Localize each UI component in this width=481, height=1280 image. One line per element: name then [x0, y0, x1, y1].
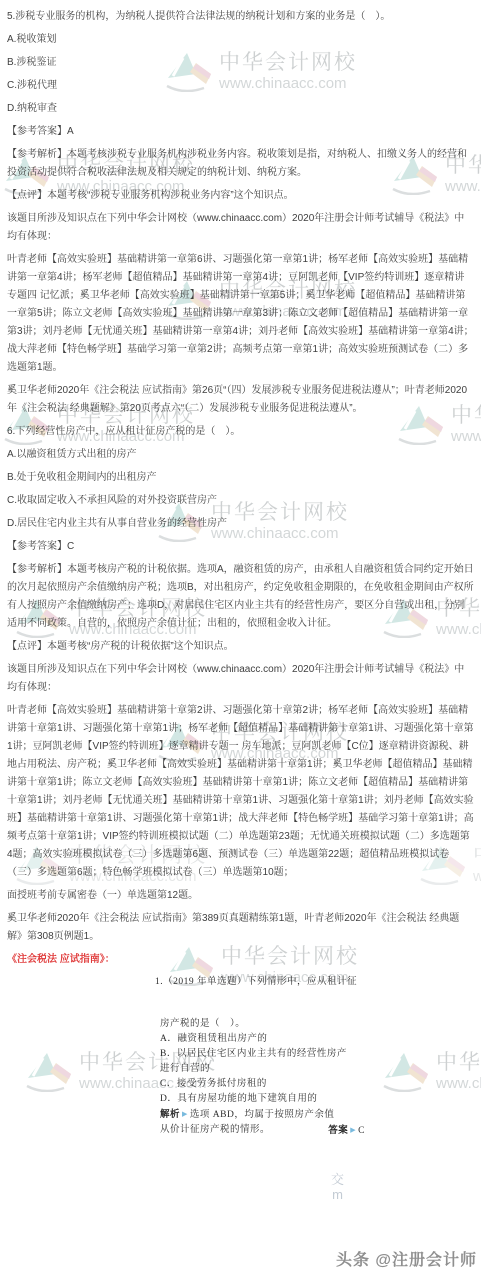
q5-analysis: 【参考解析】本题考核涉税专业服务机构涉税业务内容。税收策划是指，对纳税人、扣缴义… [7, 146, 474, 182]
q5-answer: 【参考答案】A [7, 123, 474, 141]
q6-option-d: D.居民住宅内业主共有从事自营业务的经营性房产 [7, 515, 474, 533]
scan-option-c: C．接受劳务抵付房租的 [155, 1077, 365, 1092]
q6-course-refs: 叶青老师【高效实验班】基础精讲第十章第2讲、习题强化第十章第2讲；杨军老师【高效… [7, 702, 474, 882]
scan-answer-value: C [358, 1126, 365, 1136]
scan-analysis-text: 选项 ABD，均属于按照房产余值 [190, 1110, 334, 1120]
scan-option-b-cont: 进行自营的 [155, 1062, 365, 1077]
q6-book-refs: 奚卫华老师2020年《注会税法 应试指南》第389页真题精练第1题，叶青老师20… [7, 910, 474, 946]
scan-faint-mark-bottom: m [332, 1187, 343, 1202]
article-body: 5.涉税专业服务的机构，为纳税人提供符合法律法规的纳税计划和方案的业务是（ ）。… [0, 0, 481, 1139]
q6-source-intro: 该题目所涉及知识点在下列中华会计网校（www.chinaacc.com）2020… [7, 661, 474, 697]
q6-option-b: B.处于免收租金期间内的出租房产 [7, 469, 474, 487]
q6-answer: 【参考答案】C [7, 538, 474, 556]
scan-option-a: A．融资租赁租出房产的 [155, 1032, 365, 1047]
toutiao-author-watermark: 头条 @注册会计师 [336, 1247, 477, 1270]
scan-option-d: D．具有房屋功能的地下建筑自用的 [155, 1092, 365, 1107]
q5-option-d: D.纳税审查 [7, 100, 474, 118]
q5-comment: 【点评】本题考核“涉税专业服务机构涉税业务内容”这个知识点。 [7, 187, 474, 205]
q6-question: 6.下列经营性房产中，应从租计征房产税的是（ ）。 [7, 423, 474, 441]
q6-red-heading: 《注会税法 应试指南》： [7, 951, 474, 969]
q5-question: 5.涉税专业服务的机构，为纳税人提供符合法律法规的纳税计划和方案的业务是（ ）。 [7, 8, 474, 26]
q5-book-refs: 奚卫华老师2020年《注会税法 应试指南》第26页“（四）发展涉税专业服务促进税… [7, 382, 474, 418]
triangle-arrow-icon: ▶ [180, 1110, 190, 1118]
scan-analysis-text-cont: 从价计征房产税的情形。 [160, 1123, 270, 1139]
scan-analysis-line: 解析▶选项 ABD，均属于按照房产余值 [155, 1107, 365, 1123]
q5-option-c: C.涉税代理 [7, 77, 474, 95]
scan-faint-mark-top: 交 [331, 1172, 344, 1187]
q6-mianshou-ref: 面授班考前专属密卷（一）单选题第12题。 [7, 887, 474, 905]
q6-option-a: A.以融资租赁方式出租的房产 [7, 446, 474, 464]
scan-question-intro: 1.（2019 年单选题）下列情形中，应从租计征 [155, 975, 365, 990]
q5-course-refs: 叶青老师【高效实验班】基础精讲第一章第6讲、习题强化第一章第1讲；杨军老师【高效… [7, 251, 474, 377]
q5-option-a: A.税收策划 [7, 31, 474, 49]
q5-source-intro: 该题目所涉及知识点在下列中华会计网校（www.chinaacc.com）2020… [7, 210, 474, 246]
scan-answer: 答案▶C [328, 1123, 365, 1139]
scan-analysis-answer-line: 从价计征房产税的情形。 答案▶C [155, 1123, 365, 1139]
scan-option-b: B．以居民住宅区内业主共有的经营性房产 [155, 1047, 365, 1062]
q6-comment: 【点评】本题考核“房产税的计税依据”这个知识点。 [7, 638, 474, 656]
q6-option-c: C.收取固定收入不承担风险的对外投资联营房产 [7, 492, 474, 510]
scan-answer-label: 答案 [328, 1126, 348, 1136]
q6-analysis: 【参考解析】本题考核房产税的计税依据。选项A，融资租赁的房产，由承租人自融资租赁… [7, 561, 474, 633]
scan-analysis-label: 解析 [160, 1110, 180, 1120]
triangle-arrow-icon: ▶ [348, 1126, 358, 1134]
scan-faint-mark: 交 m [331, 1172, 344, 1202]
book-scan-excerpt: 1.（2019 年单选题）下列情形中，应从租计征 房产税的是（ ）。 A．融资租… [155, 975, 365, 1139]
scan-line: 房产税的是（ ）。 [155, 1017, 365, 1032]
q5-option-b: B.涉税鉴证 [7, 54, 474, 72]
article-page: 中华会计网校www.chinaacc.com 中华会计网校www.chinaac… [0, 0, 481, 1280]
